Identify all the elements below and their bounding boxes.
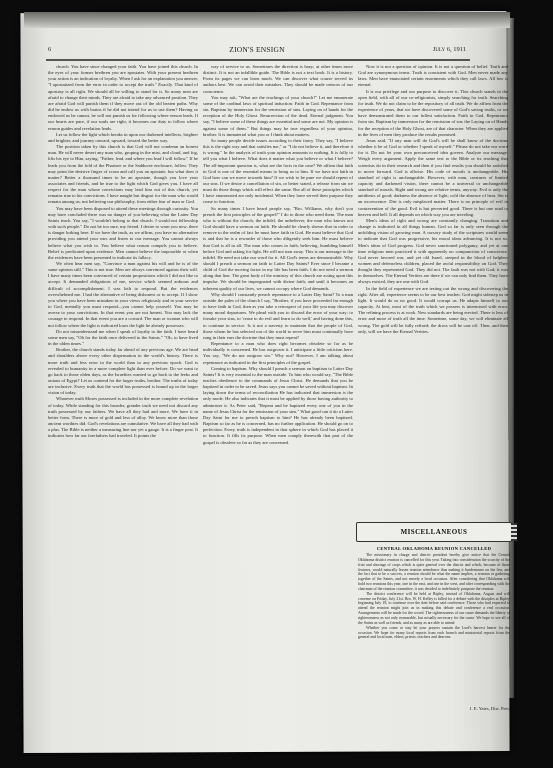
- column-1: church. You have since changed your fait…: [48, 64, 198, 704]
- paragraph: Let us follow the light which breaks in …: [48, 132, 198, 144]
- paragraph: Do not misunderstand me when I speak of …: [48, 329, 198, 347]
- paragraph: Coming to baptism. Why should I preach a…: [203, 366, 353, 446]
- paragraph: The district conference will be held at …: [358, 592, 510, 626]
- article-body: The missionary in charge and district pr…: [358, 553, 510, 678]
- page-top-shadow: [24, 12, 510, 28]
- paragraph: Now it is not a question of opinion. It …: [358, 64, 508, 89]
- paragraph: The position taken by this church is tha…: [48, 144, 198, 206]
- paragraph: So many times I have heard people say, "…: [203, 206, 353, 292]
- column-2: way of service to us. Sometimes the dire…: [203, 64, 353, 704]
- paragraph: You may ask, "What are the teachings of …: [203, 95, 353, 138]
- page-header: 6 ZION'S ENSIGN July 6, 1911: [48, 44, 466, 56]
- paragraph: The missionary in charge and district pr…: [358, 553, 510, 592]
- paragraph: Men's ideas of right and wrong are const…: [358, 218, 508, 286]
- ornament-icon: [511, 523, 517, 541]
- paragraph: You may have been disposed to attend the…: [48, 206, 198, 261]
- paragraph: We often hear men say, "Convince a man a…: [48, 261, 198, 329]
- paragraph: Whatever truth Moses possessed is includ…: [48, 396, 198, 439]
- paragraph: Jesus said, "If any man will do God's wi…: [358, 138, 508, 218]
- miscellaneous-section-banner: MISCELLANEOUS: [356, 522, 512, 542]
- publication-title: ZION'S ENSIGN: [48, 45, 466, 54]
- paragraph: It is our privilege and our purpose to d…: [358, 89, 508, 138]
- header-rule: [46, 59, 470, 61]
- paragraph: way of service to us. Sometimes the dire…: [203, 64, 353, 95]
- paragraph: Repentance to a man who does right becom…: [203, 341, 353, 366]
- signature: J. E. Yates, Dist. Pres.: [400, 706, 510, 711]
- paragraph: In the field of experience we are testin…: [358, 286, 508, 335]
- paragraph: So many people decide issues according t…: [203, 138, 353, 206]
- paragraph: Why should I constantly preach repentanc…: [203, 292, 353, 341]
- section-title: MISCELLANEOUS: [401, 528, 468, 536]
- article-heading: CENTRAL OKLAHOMA REUNION CANCELLED: [358, 546, 510, 551]
- paragraph: Brother, the church stands today far ahe…: [48, 347, 198, 396]
- issue-date: July 6, 1911: [433, 46, 466, 53]
- column-3: Now it is not a question of opinion. It …: [358, 64, 508, 504]
- paragraph: Whether you come or stay let your prayer…: [358, 626, 510, 641]
- paragraph: church. You have since changed your fait…: [48, 64, 198, 132]
